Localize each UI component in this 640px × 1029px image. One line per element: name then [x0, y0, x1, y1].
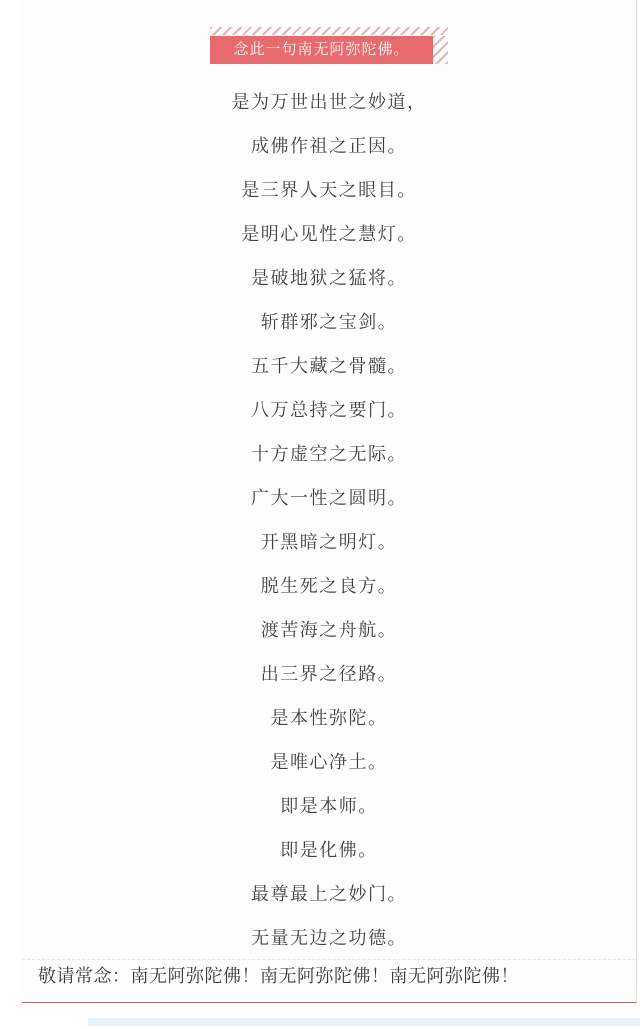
article-card: 念此一句南无阿弥陀佛。 是为万世出世之妙道，成佛作祖之正因。是三界人天之眼目。是… — [22, 0, 637, 1003]
bottom-blue-strip — [88, 1018, 640, 1026]
verse-line: 十方虚空之无际。 — [22, 431, 636, 475]
verse-line: 五千大藏之骨髓。 — [22, 343, 636, 387]
hatch-stripe-right-icon — [433, 36, 448, 64]
verse-line: 即是化佛。 — [22, 827, 636, 871]
verse-line: 即是本师。 — [22, 783, 636, 827]
verse-line: 脱生死之良方。 — [22, 563, 636, 607]
verse-line: 是三界人天之眼目。 — [22, 167, 636, 211]
hatch-stripe-top-icon — [210, 27, 448, 35]
verse-line: 无量无边之功德。 — [22, 915, 636, 959]
verse-list: 是为万世出世之妙道，成佛作祖之正因。是三界人天之眼目。是明心见性之慧灯。是破地狱… — [22, 79, 636, 959]
verse-line: 是唯心净土。 — [22, 739, 636, 783]
verse-line: 是破地狱之猛将。 — [22, 255, 636, 299]
verse-line: 八万总持之要门。 — [22, 387, 636, 431]
banner-title: 念此一句南无阿弥陀佛。 — [210, 36, 433, 64]
verse-line: 是明心见性之慧灯。 — [22, 211, 636, 255]
verse-line: 开黑暗之明灯。 — [22, 519, 636, 563]
verse-line: 广大一性之圆明。 — [22, 475, 636, 519]
footer-plea: 敬请常念：南无阿弥陀佛！南无阿弥陀佛！南无阿弥陀佛！ — [38, 964, 636, 988]
dashed-divider — [22, 959, 636, 960]
verse-line: 是为万世出世之妙道， — [22, 79, 636, 123]
verse-line: 最尊最上之妙门。 — [22, 871, 636, 915]
verse-line: 是本性弥陀。 — [22, 695, 636, 739]
verse-line: 渡苦海之舟航。 — [22, 607, 636, 651]
verse-line: 斩群邪之宝剑。 — [22, 299, 636, 343]
banner: 念此一句南无阿弥陀佛。 — [210, 27, 448, 64]
banner-row: 念此一句南无阿弥陀佛。 — [210, 36, 448, 64]
verse-line: 出三界之径路。 — [22, 651, 636, 695]
verse-line: 成佛作祖之正因。 — [22, 123, 636, 167]
